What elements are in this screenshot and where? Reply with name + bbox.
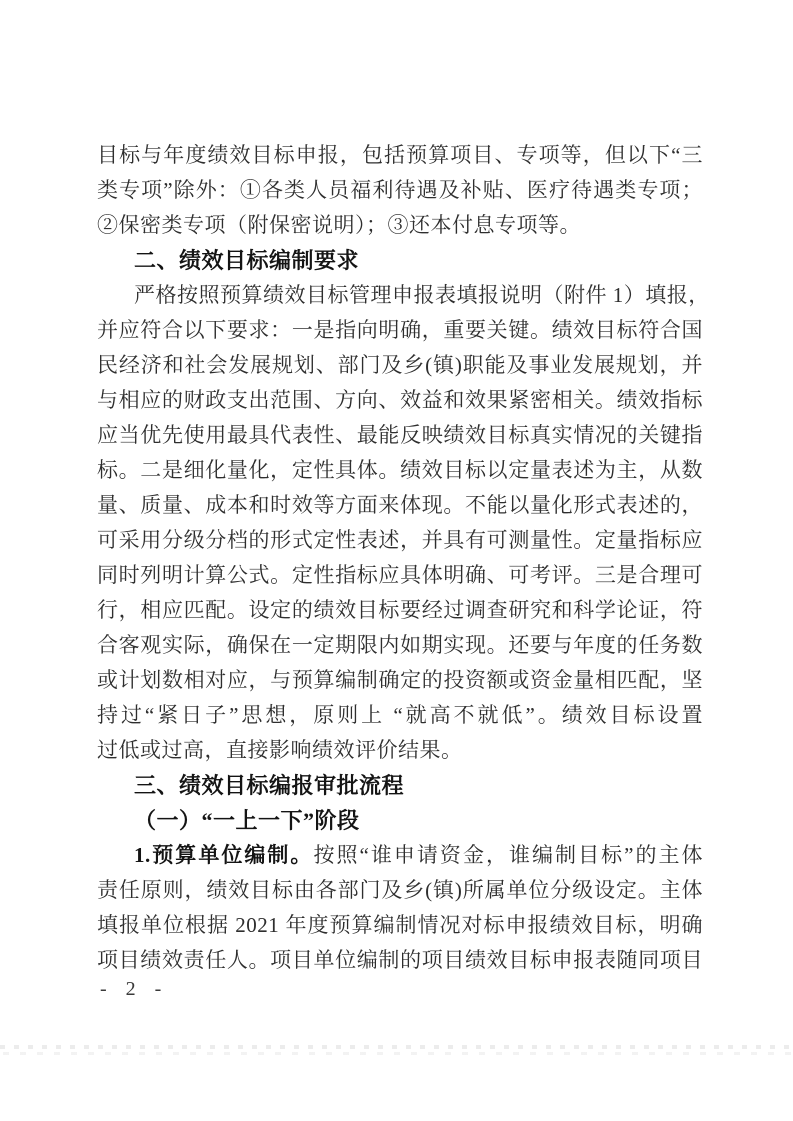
text-line: 填报单位根据 2021 年度预算编制情况对标申报绩效目标，明确 bbox=[97, 908, 703, 943]
document-page: 目标与年度绩效目标申报，包括预算项目、专项等，但以下“三 类专项”除外：①各类人… bbox=[0, 0, 793, 1121]
text-line: 项目绩效责任人。项目单位编制的项目绩效目标申报表随同项目 bbox=[97, 943, 703, 978]
section-heading-3: 三、绩效目标编报审批流程 bbox=[97, 768, 703, 803]
text-line: 目标与年度绩效目标申报，包括预算项目、专项等，但以下“三 bbox=[97, 138, 703, 173]
text-line: 可采用分级分档的形式定性表述，并具有可测量性。定量指标应 bbox=[97, 523, 703, 558]
text-line: 应当优先使用最具代表性、最能反映绩效目标真实情况的关键指 bbox=[97, 418, 703, 453]
scan-noise-artifact bbox=[0, 1043, 793, 1059]
text-line: ②保密类专项（附保密说明）；③还本付息专项等。 bbox=[97, 208, 703, 243]
page-number: - 2 - bbox=[100, 978, 168, 1001]
text-line: 1.预算单位编制。按照“谁申请资金，谁编制目标”的主体 bbox=[97, 838, 703, 873]
subsection-heading: （一）“一上一下”阶段 bbox=[97, 803, 703, 838]
text-line: 标。二是细化量化，定性具体。绩效目标以定量表述为主，从数 bbox=[97, 453, 703, 488]
text-line: 同时列明计算公式。定性指标应具体明确、可考评。三是合理可 bbox=[97, 558, 703, 593]
text-line: 与相应的财政支出范围、方向、效益和效果紧密相关。绩效指标 bbox=[97, 383, 703, 418]
text-line: 过低或过高，直接影响绩效评价结果。 bbox=[97, 733, 703, 768]
text-line: 或计划数相对应，与预算编制确定的投资额或资金量相匹配，坚 bbox=[97, 663, 703, 698]
section-heading-2: 二、绩效目标编制要求 bbox=[97, 243, 703, 278]
text-line: 并应符合以下要求：一是指向明确，重要关键。绩效目标符合国 bbox=[97, 313, 703, 348]
document-body: 目标与年度绩效目标申报，包括预算项目、专项等，但以下“三 类专项”除外：①各类人… bbox=[97, 138, 703, 978]
text-line: 民经济和社会发展规划、部门及乡(镇)职能及事业发展规划，并 bbox=[97, 348, 703, 383]
text-line: 类专项”除外：①各类人员福利待遇及补贴、医疗待遇类专项； bbox=[97, 173, 703, 208]
text-line: 行，相应匹配。设定的绩效目标要经过调查研究和科学论证，符 bbox=[97, 593, 703, 628]
text-line: 责任原则，绩效目标由各部门及乡(镇)所属单位分级设定。主体 bbox=[97, 873, 703, 908]
text-line: 严格按照预算绩效目标管理申报表填报说明（附件 1）填报， bbox=[97, 278, 703, 313]
text-line-rest: 按照“谁申请资金，谁编制目标”的主体 bbox=[313, 843, 703, 867]
text-line: 持过“紧日子”思想，原则上 “就高不就低”。绩效目标设置 bbox=[97, 698, 703, 733]
text-line: 合客观实际，确保在一定期限内如期实现。还要与年度的任务数 bbox=[97, 628, 703, 663]
text-line: 量、质量、成本和时效等方面来体现。不能以量化形式表述的， bbox=[97, 488, 703, 523]
numbered-item-title: 1.预算单位编制。 bbox=[134, 843, 313, 867]
